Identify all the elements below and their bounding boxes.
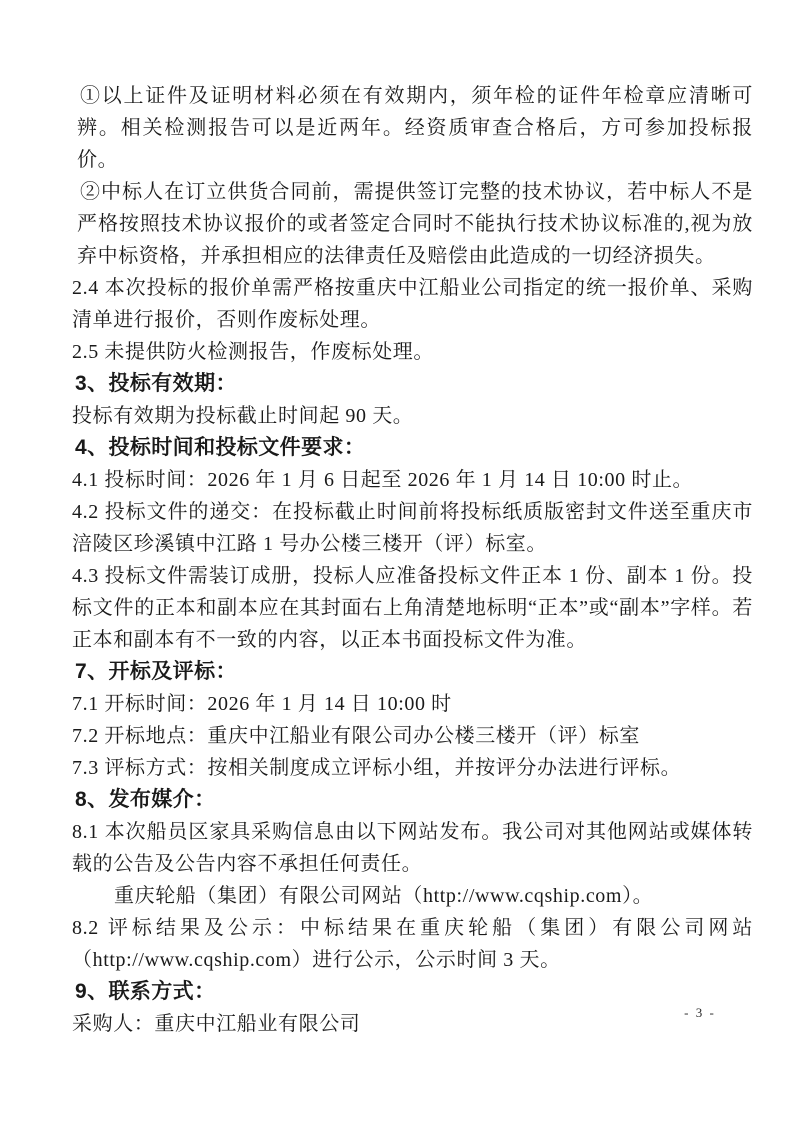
heading-8-publish-media: 8、发布媒介： [72,784,753,816]
para-4-2-bid-delivery: 4.2 投标文件的递交：在投标截止时间前将投标纸质版密封文件送至重庆市涪陵区珍溪… [72,496,753,560]
para-certificate-validity: ①以上证件及证明材料必须在有效期内，须年检的证件年检章应清晰可辨。相关检测报告可… [72,80,753,176]
para-4-1-bid-time: 4.1 投标时间：2026 年 1 月 6 日起至 2026 年 1 月 14 … [72,464,753,496]
heading-7-opening-evaluation: 7、开标及评标： [72,656,753,688]
para-bid-validity-period: 投标有效期为投标截止时间起 90 天。 [72,400,753,432]
page-number: - 3 - [640,1003,760,1023]
para-7-1-opening-time: 7.1 开标时间：2026 年 1 月 14 日 10:00 时 [72,688,753,720]
para-tech-agreement: ②中标人在订立供货合同前，需提供签订完整的技术协议，若中标人不是严格按照技术协议… [72,176,753,272]
para-8-1-publish-websites: 8.1 本次船员区家具采购信息由以下网站发布。我公司对其他网站或媒体转载的公告及… [72,816,753,880]
para-2-5-fire-test-report: 2.5 未提供防火检测报告，作废标处理。 [72,336,753,368]
para-2-4-quotation-sheet: 2.4 本次投标的报价单需严格按重庆中江船业公司指定的统一报价单、采购清单进行报… [72,272,753,336]
para-company-website: 重庆轮船（集团）有限公司网站（http://www.cqship.com）。 [72,880,753,912]
para-4-3-bid-binding: 4.3 投标文件需装订成册，投标人应准备投标文件正本 1 份、副本 1 份。投标… [72,560,753,656]
para-7-2-opening-place: 7.2 开标地点：重庆中江船业有限公司办公楼三楼开（评）标室 [72,720,753,752]
para-8-2-result-publicity: 8.2 评标结果及公示：中标结果在重庆轮船（集团）有限公司网站（http://w… [72,912,753,976]
document-page: ①以上证件及证明材料必须在有效期内，须年检的证件年检章应清晰可辨。相关检测报告可… [0,0,793,1122]
heading-4-bid-time-docs: 4、投标时间和投标文件要求： [72,432,753,464]
heading-3-bid-validity: 3、投标有效期： [72,368,753,400]
para-7-3-evaluation-method: 7.3 评标方式：按相关制度成立评标小组，并按评分办法进行评标。 [72,752,753,784]
document-content: ①以上证件及证明材料必须在有效期内，须年检的证件年检章应清晰可辨。相关检测报告可… [72,80,753,1040]
